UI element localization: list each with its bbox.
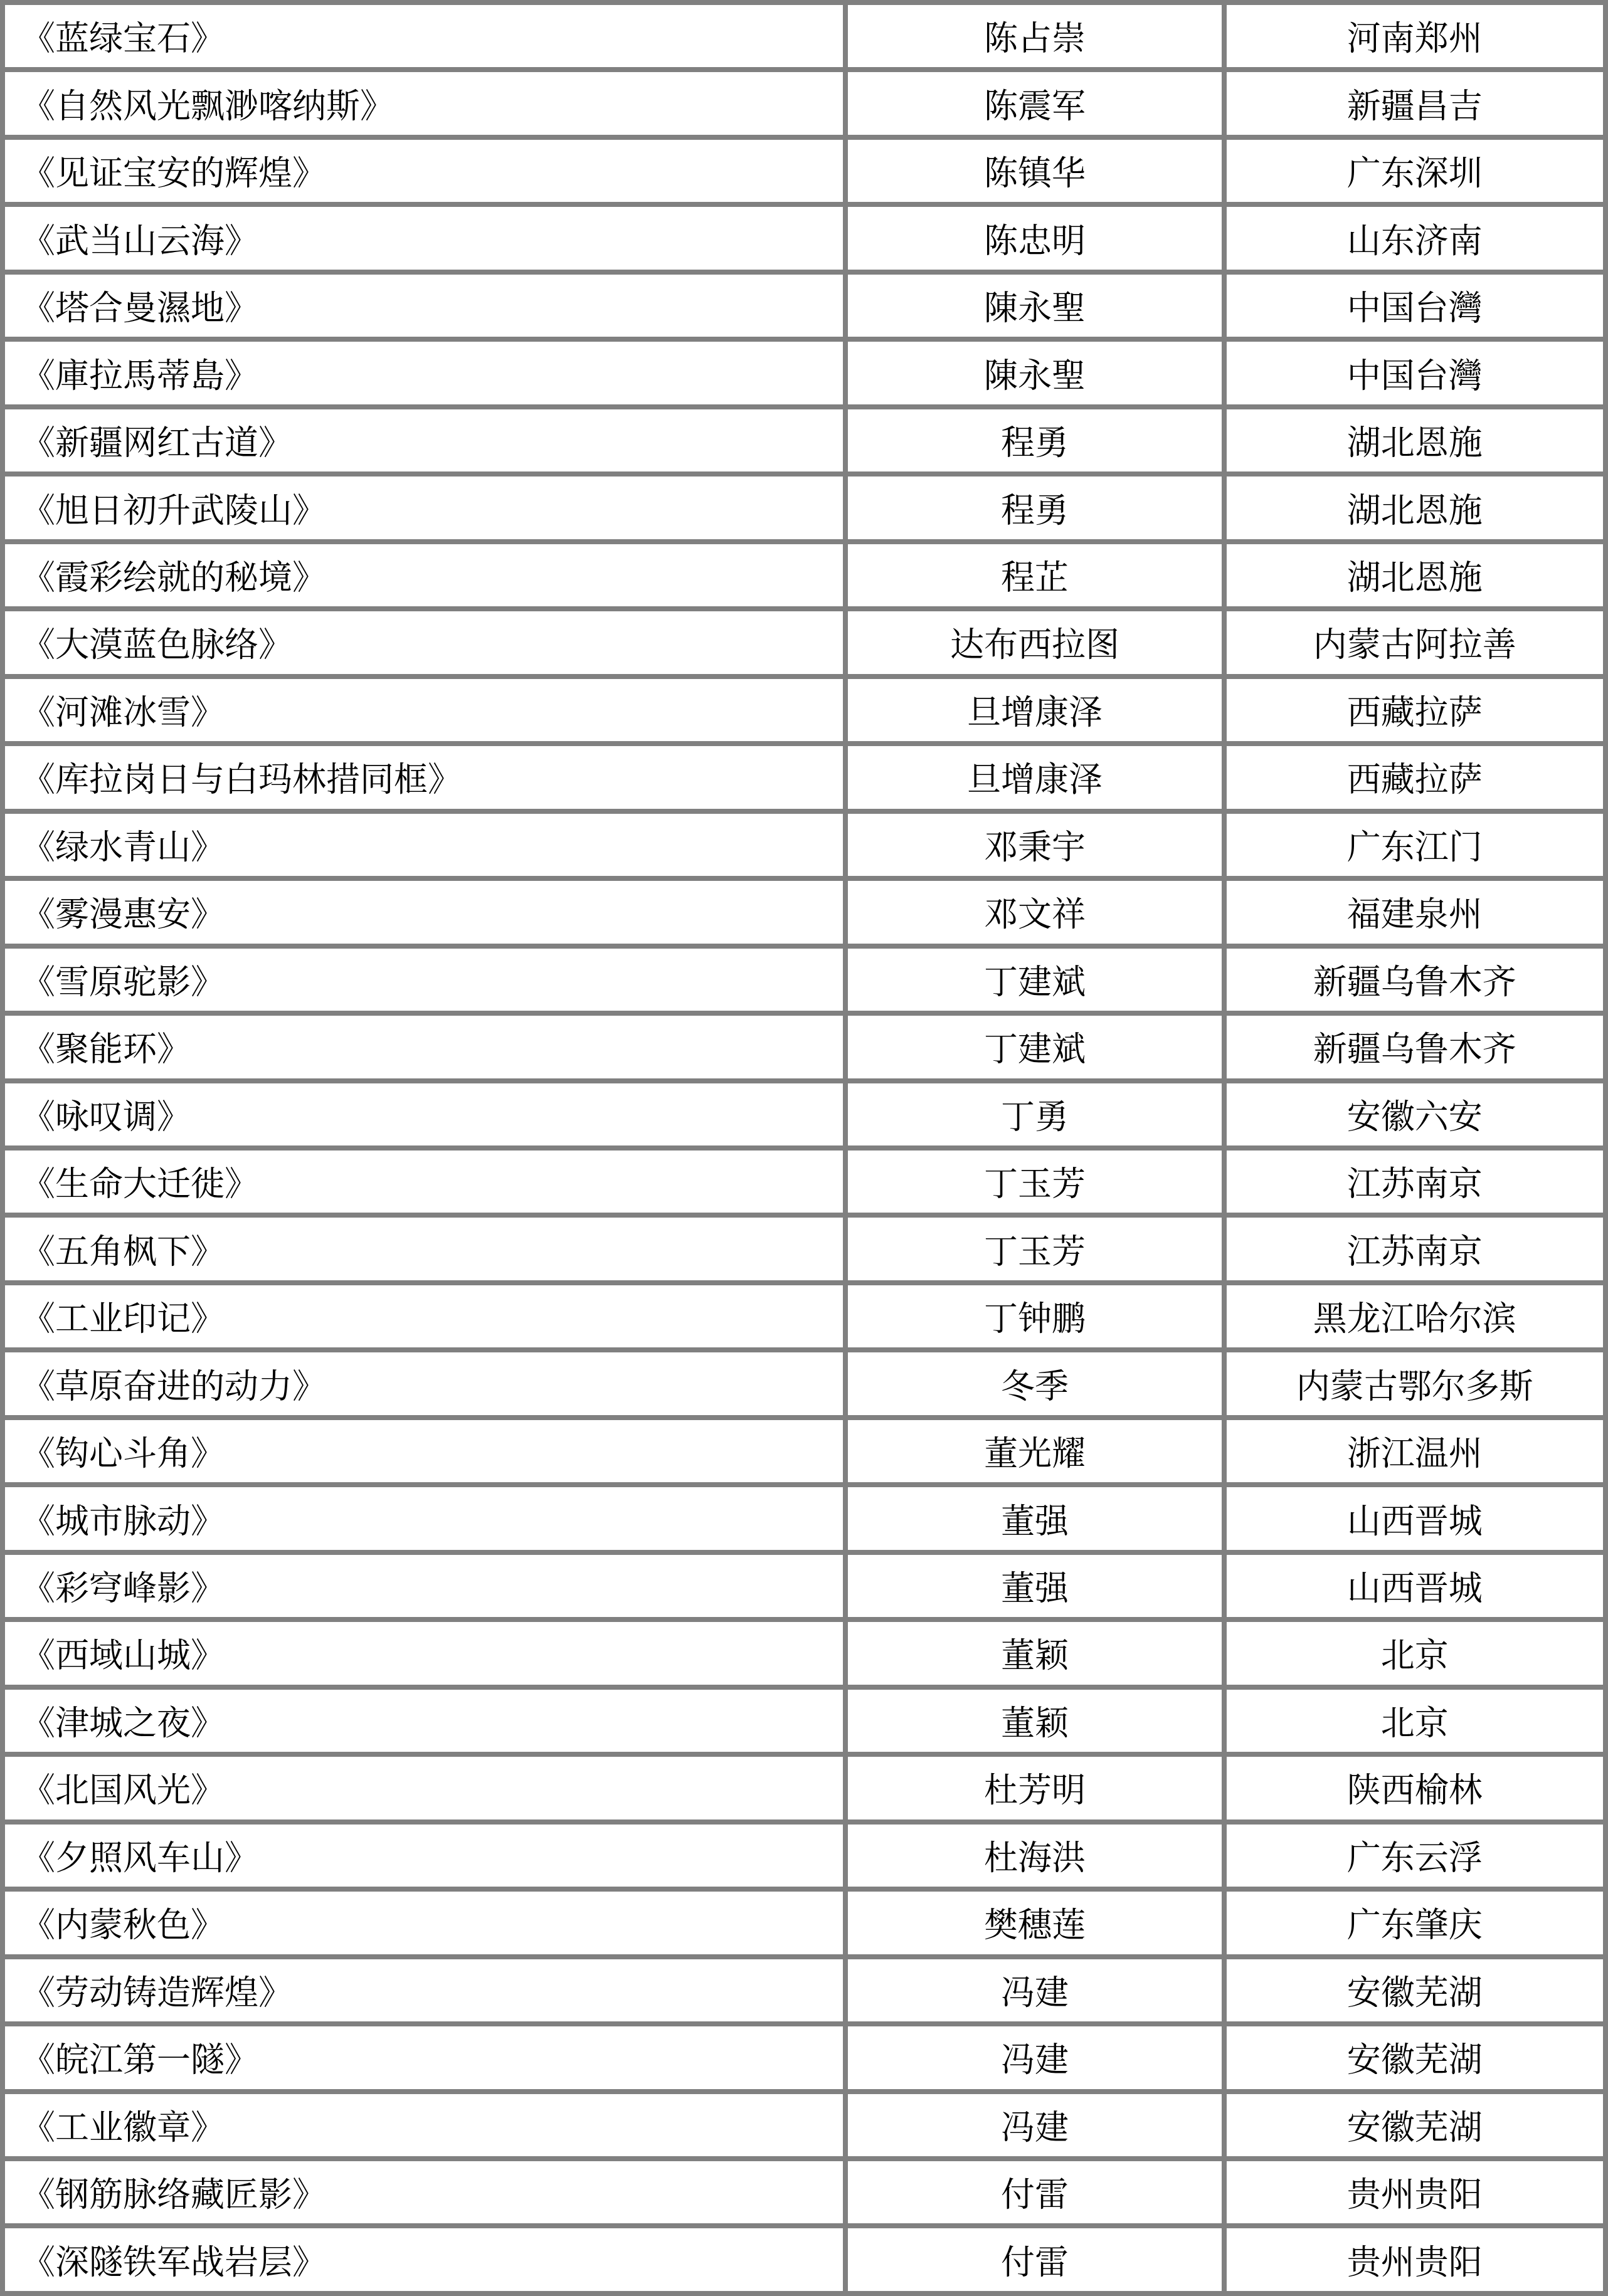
author-cell: 董强 (845, 1485, 1224, 1552)
artwork-title-cell: 《城市脉动》 (3, 1485, 845, 1552)
location-cell: 陕西榆林 (1224, 1754, 1605, 1821)
artwork-title-cell: 《草原奋进的动力》 (3, 1350, 845, 1417)
location-cell: 河南郑州 (1224, 3, 1605, 70)
table-row: 《皖江第一隧》 冯建 安徽芜湖 (3, 2024, 1605, 2091)
author-cell: 冬季 (845, 1350, 1224, 1417)
table-row: 《雾漫惠安》 邓文祥 福建泉州 (3, 878, 1605, 945)
artwork-title-cell: 《自然风光飘渺喀纳斯》 (3, 70, 845, 137)
author-cell: 付雷 (845, 2159, 1224, 2226)
location-cell: 湖北恩施 (1224, 542, 1605, 609)
location-cell: 内蒙古鄂尔多斯 (1224, 1350, 1605, 1417)
artwork-title-cell: 《见证宝安的辉煌》 (3, 137, 845, 204)
author-cell: 冯建 (845, 2092, 1224, 2159)
author-cell: 付雷 (845, 2226, 1224, 2293)
artwork-title-cell: 《雾漫惠安》 (3, 878, 845, 945)
table-row: 《北国风光》 杜芳明 陕西榆林 (3, 1754, 1605, 1821)
author-cell: 丁建斌 (845, 946, 1224, 1013)
location-cell: 新疆乌鲁木齐 (1224, 946, 1605, 1013)
location-cell: 黑龙江哈尔滨 (1224, 1283, 1605, 1350)
location-cell: 广东深圳 (1224, 137, 1605, 204)
location-cell: 北京 (1224, 1687, 1605, 1754)
table-row: 《五角枫下》 丁玉芳 江苏南京 (3, 1215, 1605, 1282)
location-cell: 湖北恩施 (1224, 474, 1605, 541)
artwork-title-cell: 《生命大迁徙》 (3, 1148, 845, 1215)
location-cell: 山西晋城 (1224, 1552, 1605, 1619)
author-cell: 程勇 (845, 407, 1224, 474)
author-cell: 邓秉宇 (845, 811, 1224, 878)
artwork-title-cell: 《绿水青山》 (3, 811, 845, 878)
author-cell: 丁建斌 (845, 1013, 1224, 1080)
table-row: 《旭日初升武陵山》 程勇 湖北恩施 (3, 474, 1605, 541)
author-cell: 丁勇 (845, 1081, 1224, 1148)
artwork-title-cell: 《内蒙秋色》 (3, 1889, 845, 1956)
artwork-title-cell: 《深隧铁军战岩层》 (3, 2226, 845, 2293)
author-cell: 樊穗莲 (845, 1889, 1224, 1956)
table-row: 《生命大迁徙》 丁玉芳 江苏南京 (3, 1148, 1605, 1215)
table-row: 《工业印记》 丁钟鹏 黑龙江哈尔滨 (3, 1283, 1605, 1350)
location-cell: 内蒙古阿拉善 (1224, 609, 1605, 676)
table-row: 《钢筋脉络藏匠影》 付雷 贵州贵阳 (3, 2159, 1605, 2226)
artwork-title-cell: 《新疆网红古道》 (3, 407, 845, 474)
artwork-title-cell: 《聚能环》 (3, 1013, 845, 1080)
author-cell: 丁钟鹏 (845, 1283, 1224, 1350)
location-cell: 贵州贵阳 (1224, 2159, 1605, 2226)
author-cell: 董光耀 (845, 1418, 1224, 1485)
location-cell: 福建泉州 (1224, 878, 1605, 945)
author-cell: 丁玉芳 (845, 1148, 1224, 1215)
author-cell: 达布西拉图 (845, 609, 1224, 676)
author-cell: 旦增康泽 (845, 677, 1224, 744)
artwork-title-cell: 《雪原驼影》 (3, 946, 845, 1013)
author-cell: 程勇 (845, 474, 1224, 541)
table-row: 《蓝绿宝石》 陈占崇 河南郑州 (3, 3, 1605, 70)
table-row: 《工业徽章》 冯建 安徽芜湖 (3, 2092, 1605, 2159)
author-cell: 程芷 (845, 542, 1224, 609)
table-row: 《塔合曼濕地》 陳永聖 中国台灣 (3, 272, 1605, 339)
artwork-title-cell: 《津城之夜》 (3, 1687, 845, 1754)
author-cell: 陈忠明 (845, 204, 1224, 271)
award-entries-table: 《蓝绿宝石》 陈占崇 河南郑州 《自然风光飘渺喀纳斯》 陈震军 新疆昌吉 《见证… (0, 0, 1608, 2296)
artwork-title-cell: 《钢筋脉络藏匠影》 (3, 2159, 845, 2226)
author-cell: 冯建 (845, 2024, 1224, 2091)
location-cell: 浙江温州 (1224, 1418, 1605, 1485)
table-row: 《草原奋进的动力》 冬季 内蒙古鄂尔多斯 (3, 1350, 1605, 1417)
location-cell: 安徽芜湖 (1224, 2092, 1605, 2159)
artwork-title-cell: 《库拉岗日与白玛林措同框》 (3, 744, 845, 811)
author-cell: 丁玉芳 (845, 1215, 1224, 1282)
artwork-title-cell: 《皖江第一隧》 (3, 2024, 845, 2091)
table-row: 《咏叹调》 丁勇 安徽六安 (3, 1081, 1605, 1148)
location-cell: 西藏拉萨 (1224, 677, 1605, 744)
location-cell: 山西晋城 (1224, 1485, 1605, 1552)
location-cell: 广东江门 (1224, 811, 1605, 878)
artwork-title-cell: 《劳动铸造辉煌》 (3, 1957, 845, 2024)
artwork-title-cell: 《西域山城》 (3, 1619, 845, 1687)
table-row: 《武当山云海》 陈忠明 山东济南 (3, 204, 1605, 271)
location-cell: 江苏南京 (1224, 1215, 1605, 1282)
table-row: 《城市脉动》 董强 山西晋城 (3, 1485, 1605, 1552)
author-cell: 冯建 (845, 1957, 1224, 2024)
table-row: 《彩穹峰影》 董强 山西晋城 (3, 1552, 1605, 1619)
table-row: 《大漠蓝色脉络》 达布西拉图 内蒙古阿拉善 (3, 609, 1605, 676)
artwork-title-cell: 《咏叹调》 (3, 1081, 845, 1148)
table-row: 《绿水青山》 邓秉宇 广东江门 (3, 811, 1605, 878)
artwork-title-cell: 《大漠蓝色脉络》 (3, 609, 845, 676)
author-cell: 董颖 (845, 1619, 1224, 1687)
location-cell: 广东肇庆 (1224, 1889, 1605, 1956)
author-cell: 邓文祥 (845, 878, 1224, 945)
table-row: 《库拉岗日与白玛林措同框》 旦增康泽 西藏拉萨 (3, 744, 1605, 811)
author-cell: 旦增康泽 (845, 744, 1224, 811)
artwork-title-cell: 《彩穹峰影》 (3, 1552, 845, 1619)
table-row: 《庫拉馬蒂島》 陳永聖 中国台灣 (3, 339, 1605, 406)
artwork-title-cell: 《工业徽章》 (3, 2092, 845, 2159)
table-row: 《西域山城》 董颖 北京 (3, 1619, 1605, 1687)
location-cell: 贵州贵阳 (1224, 2226, 1605, 2293)
artwork-title-cell: 《霞彩绘就的秘境》 (3, 542, 845, 609)
artwork-title-cell: 《五角枫下》 (3, 1215, 845, 1282)
location-cell: 新疆乌鲁木齐 (1224, 1013, 1605, 1080)
artwork-title-cell: 《北国风光》 (3, 1754, 845, 1821)
artwork-title-cell: 《钩心斗角》 (3, 1418, 845, 1485)
artwork-title-cell: 《河滩冰雪》 (3, 677, 845, 744)
author-cell: 董颖 (845, 1687, 1224, 1754)
author-cell: 杜海洪 (845, 1822, 1224, 1889)
table-row: 《夕照风车山》 杜海洪 广东云浮 (3, 1822, 1605, 1889)
table-row: 《深隧铁军战岩层》 付雷 贵州贵阳 (3, 2226, 1605, 2293)
artwork-title-cell: 《夕照风车山》 (3, 1822, 845, 1889)
author-cell: 陈镇华 (845, 137, 1224, 204)
location-cell: 中国台灣 (1224, 339, 1605, 406)
artwork-title-cell: 《旭日初升武陵山》 (3, 474, 845, 541)
table-row: 《津城之夜》 董颖 北京 (3, 1687, 1605, 1754)
table-row: 《霞彩绘就的秘境》 程芷 湖北恩施 (3, 542, 1605, 609)
table-row: 《河滩冰雪》 旦增康泽 西藏拉萨 (3, 677, 1605, 744)
location-cell: 新疆昌吉 (1224, 70, 1605, 137)
author-cell: 董强 (845, 1552, 1224, 1619)
artwork-title-cell: 《武当山云海》 (3, 204, 845, 271)
artwork-title-cell: 《蓝绿宝石》 (3, 3, 845, 70)
table-row: 《劳动铸造辉煌》 冯建 安徽芜湖 (3, 1957, 1605, 2024)
table-row: 《聚能环》 丁建斌 新疆乌鲁木齐 (3, 1013, 1605, 1080)
table-row: 《自然风光飘渺喀纳斯》 陈震军 新疆昌吉 (3, 70, 1605, 137)
location-cell: 西藏拉萨 (1224, 744, 1605, 811)
location-cell: 安徽六安 (1224, 1081, 1605, 1148)
artwork-title-cell: 《庫拉馬蒂島》 (3, 339, 845, 406)
author-cell: 陳永聖 (845, 339, 1224, 406)
author-cell: 陈震军 (845, 70, 1224, 137)
location-cell: 湖北恩施 (1224, 407, 1605, 474)
location-cell: 安徽芜湖 (1224, 2024, 1605, 2091)
artwork-title-cell: 《塔合曼濕地》 (3, 272, 845, 339)
table-row: 《新疆网红古道》 程勇 湖北恩施 (3, 407, 1605, 474)
table-row: 《见证宝安的辉煌》 陈镇华 广东深圳 (3, 137, 1605, 204)
location-cell: 安徽芜湖 (1224, 1957, 1605, 2024)
author-cell: 陳永聖 (845, 272, 1224, 339)
author-cell: 陈占崇 (845, 3, 1224, 70)
author-cell: 杜芳明 (845, 1754, 1224, 1821)
table-row: 《内蒙秋色》 樊穗莲 广东肇庆 (3, 1889, 1605, 1956)
table-row: 《雪原驼影》 丁建斌 新疆乌鲁木齐 (3, 946, 1605, 1013)
location-cell: 北京 (1224, 1619, 1605, 1687)
location-cell: 山东济南 (1224, 204, 1605, 271)
location-cell: 广东云浮 (1224, 1822, 1605, 1889)
location-cell: 中国台灣 (1224, 272, 1605, 339)
artwork-title-cell: 《工业印记》 (3, 1283, 845, 1350)
location-cell: 江苏南京 (1224, 1148, 1605, 1215)
table-row: 《钩心斗角》 董光耀 浙江温州 (3, 1418, 1605, 1485)
